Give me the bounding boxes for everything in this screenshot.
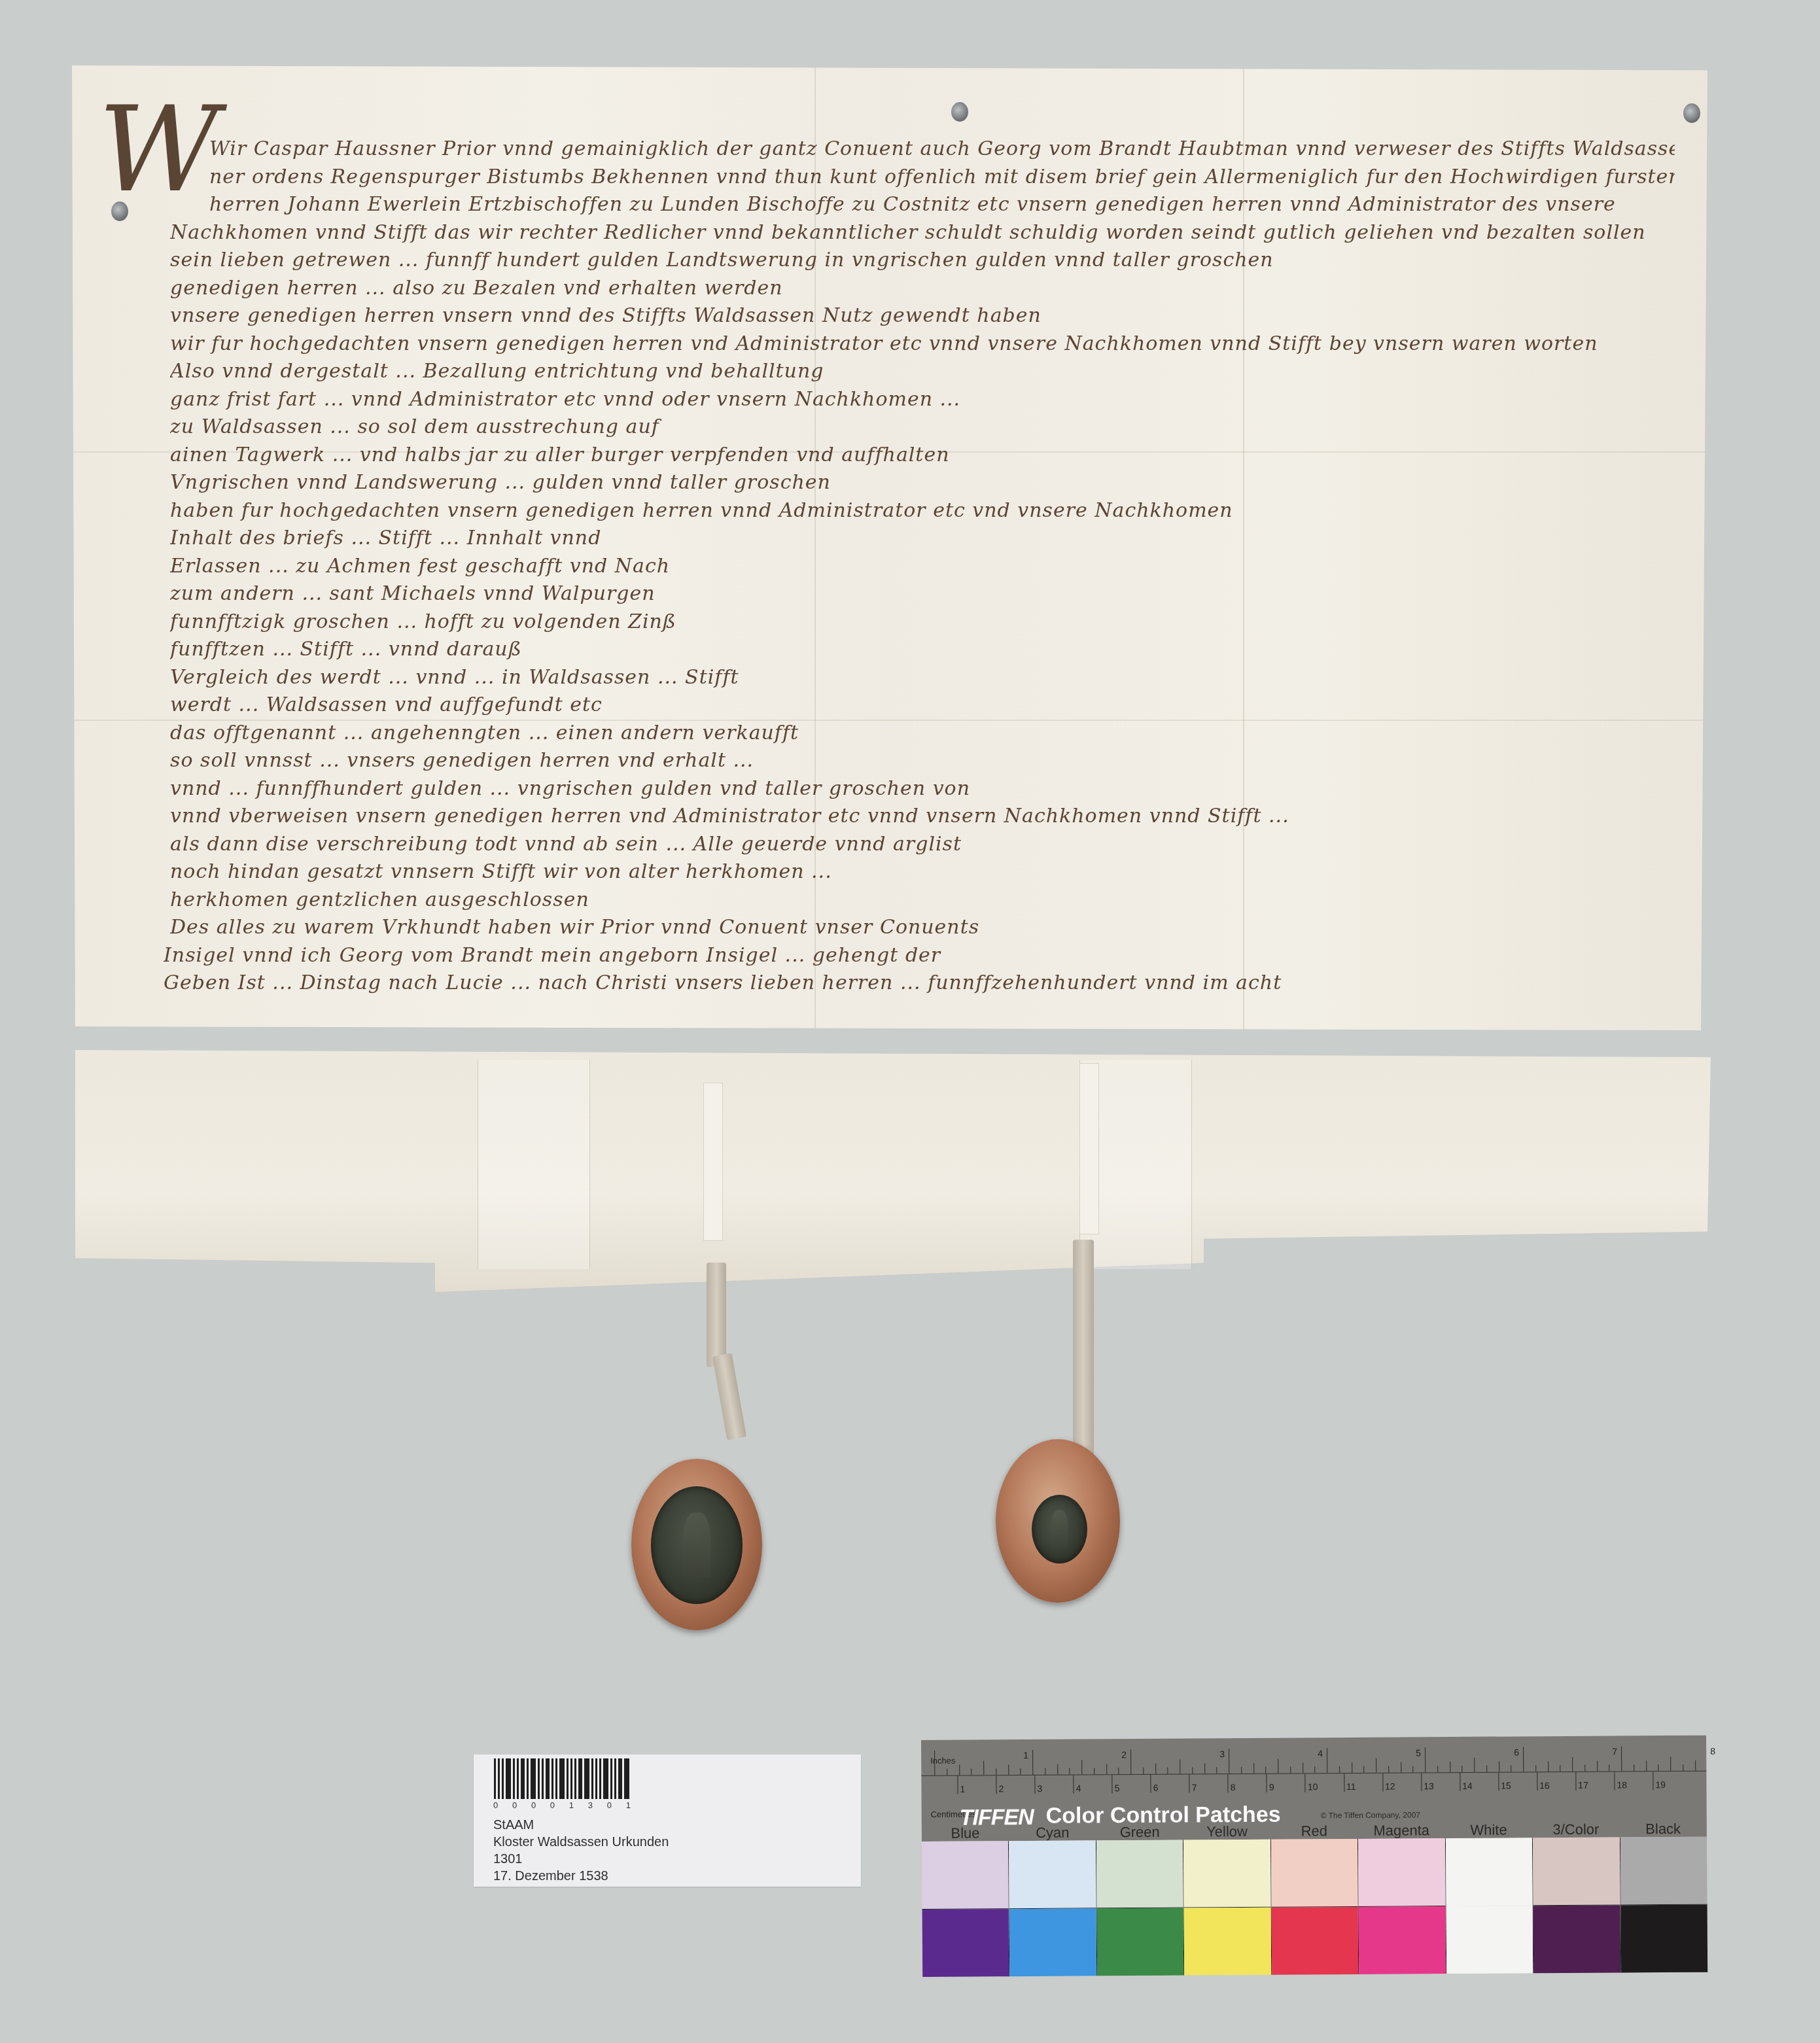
text-line: wir fur hochgedachten vnsern genedigen h… [170, 332, 1675, 360]
text-line: funnfftzigk groschen ... hofft zu volgen… [170, 610, 1675, 638]
ruler-tick [1315, 1766, 1316, 1773]
seal-slot [1079, 1063, 1099, 1234]
punch-hole [951, 102, 968, 122]
ruler-tick [1189, 1774, 1190, 1792]
barcode-digit: 1 [569, 1800, 574, 1810]
ruler-tick [1425, 1747, 1426, 1772]
ruler-tick [1486, 1766, 1487, 1772]
barcode-bar [498, 1758, 500, 1799]
patch-label-white: White [1470, 1822, 1507, 1839]
text-line: funfftzen ... Stifft ... vnnd darauß [170, 638, 1675, 665]
barcode-bar [527, 1758, 529, 1799]
barcode-digit: 0 [550, 1800, 555, 1810]
dark-patch [1271, 1907, 1358, 1975]
text-line: Des alles zu warem Vrkhundt haben wir Pr… [170, 916, 1675, 943]
text-line: zu Waldsassen ... so sol dem ausstrechun… [170, 415, 1675, 443]
patch-column [1533, 1837, 1621, 1973]
archive-name: StAAM [493, 1817, 534, 1833]
ruler-tick [1081, 1760, 1082, 1774]
ruler-tick [1070, 1768, 1070, 1775]
text-line: zum andern ... sant Michaels vnnd Walpur… [170, 582, 1675, 610]
barcode-bar [551, 1758, 553, 1799]
barcode-digit: 1 [626, 1800, 631, 1810]
ruler-tick [1253, 1763, 1254, 1773]
cm-tick-label: 16 [1539, 1780, 1550, 1790]
ruler-tick [1560, 1765, 1561, 1772]
ruler-tick [1008, 1764, 1009, 1775]
ruler-tick [1498, 1773, 1499, 1791]
document-number: 1301 [493, 1851, 523, 1867]
barcode-digit: 3 [588, 1800, 593, 1810]
ruler-tick [1204, 1763, 1205, 1773]
barcode-bar [584, 1758, 589, 1799]
cm-tick-label: 3 [1038, 1783, 1043, 1794]
text-line: so soll vnnsst ... vnsers genedigen herr… [170, 749, 1675, 777]
barcode-digit: 0 [531, 1800, 536, 1810]
cm-tick-label: 9 [1269, 1782, 1274, 1792]
cm-tick-label: 5 [1115, 1783, 1120, 1793]
ruler-tick [1621, 1746, 1622, 1771]
inch-tick-label: 8 [1710, 1746, 1715, 1756]
ruler-tick [1228, 1774, 1229, 1792]
ruler-tick [1352, 1762, 1352, 1773]
ruler-tick [1057, 1764, 1058, 1775]
personal-seal [996, 1439, 1120, 1603]
ruler-tick [1119, 1768, 1119, 1774]
ruler-tick [1575, 1772, 1576, 1790]
patch-column [1620, 1837, 1707, 1973]
seal-strap [712, 1353, 746, 1440]
ruler-tick [947, 1769, 947, 1775]
document-date: 17. Dezember 1538 [493, 1868, 608, 1884]
decorated-initial: W [98, 85, 196, 216]
barcode-bar [502, 1758, 504, 1799]
ruler-tick [1112, 1775, 1113, 1793]
plica-panel [478, 1060, 590, 1269]
barcode-bar [538, 1758, 540, 1799]
seal-strap [707, 1263, 726, 1367]
patch-label-cyan: Cyan [1036, 1825, 1070, 1842]
barcode-bar [610, 1758, 612, 1799]
ruler-tick [1609, 1765, 1609, 1772]
ruler-tick [934, 1751, 935, 1775]
cm-tick-label: 11 [1346, 1781, 1356, 1792]
light-patch [1533, 1837, 1620, 1906]
ruler-tick [1658, 1764, 1658, 1771]
text-line: Insigel vnnd ich Georg vom Brandt mein a… [164, 944, 1675, 971]
ruler-tick [1034, 1775, 1035, 1794]
text-line: ner ordens Regenspurger Bistumbs Bekhenn… [209, 166, 1675, 193]
light-patch [922, 1841, 1009, 1910]
ruler-tick [1670, 1756, 1671, 1771]
ruler-tick [1151, 1775, 1151, 1793]
ruler-tick [983, 1760, 984, 1775]
seal-strap [1073, 1240, 1094, 1456]
barcode-bar [570, 1758, 572, 1799]
inch-tick-label: 6 [1514, 1747, 1519, 1757]
inch-tick-label: 7 [1612, 1747, 1617, 1757]
figure-icon [1051, 1510, 1068, 1548]
ruler-tick [1460, 1773, 1460, 1791]
barcode-bar [521, 1758, 525, 1799]
ruler-tick [1450, 1762, 1450, 1772]
ruler-tick [1572, 1757, 1573, 1772]
text-line: Vergleich des werdt ... vnnd ... in Wald… [170, 666, 1675, 693]
barcode-bar [513, 1758, 515, 1799]
patch-label-3-color: 3/Color [1552, 1821, 1599, 1838]
ruler-tick [1290, 1767, 1291, 1773]
ruler-tick [1537, 1772, 1537, 1790]
cm-tick-label: 6 [1153, 1783, 1159, 1793]
barcode-bar [603, 1758, 608, 1799]
ruler-tick [1143, 1768, 1144, 1774]
text-line: noch hindan gesatzt vnnsern Stifft wir v… [170, 860, 1675, 888]
inch-ruler: Inches 12345678 [921, 1745, 1706, 1776]
ruler-tick [1229, 1749, 1229, 1773]
plica-fold [75, 1050, 1711, 1292]
color-control-chart: Inches 12345678 123456789101112131415161… [921, 1736, 1707, 1977]
inch-tick-label: 5 [1416, 1747, 1421, 1758]
cm-tick-label: 8 [1231, 1782, 1236, 1792]
text-line: das offtgenannt ... angehenngten ... ein… [170, 722, 1675, 749]
archive-label: 00001301 StAAM Kloster Waldsassen Urkund… [474, 1755, 861, 1887]
barcode-bar [517, 1758, 519, 1799]
ruler-tick [1180, 1760, 1180, 1774]
collection-name: Kloster Waldsassen Urkunden [493, 1834, 669, 1850]
patch-label-magenta: Magenta [1373, 1822, 1429, 1840]
cm-tick-label: 18 [1617, 1779, 1627, 1790]
patch-column [1096, 1840, 1185, 1976]
text-line: Geben Ist ... Dinstag nach Lucie ... nac… [164, 971, 1675, 999]
cm-tick-label: 4 [1076, 1783, 1081, 1794]
ruler-tick [1614, 1772, 1615, 1790]
dark-patch [922, 1909, 1009, 1977]
ruler-tick [1364, 1766, 1365, 1773]
ruler-tick [959, 1765, 960, 1775]
ruler-tick [1266, 1767, 1267, 1773]
ruler-tick [1267, 1774, 1267, 1792]
patch-label-green: Green [1120, 1824, 1160, 1841]
barcode-bar [494, 1758, 496, 1799]
ruler-tick [1474, 1758, 1475, 1772]
barcode-number: 00001301 [493, 1800, 631, 1810]
light-patch [1358, 1838, 1445, 1907]
ruler-tick [1073, 1775, 1074, 1794]
barcode-bar [599, 1758, 601, 1799]
text-line: herren Johann Ewerlein Ertzbischoffen zu… [209, 193, 1675, 220]
text-line: werdt ... Waldsassen vnd auffgefundt etc [170, 693, 1675, 721]
cm-tick-label: 10 [1308, 1781, 1318, 1792]
barcode-bar [591, 1758, 593, 1799]
text-line: Nachkhomen vnnd Stifft das wir rechter R… [170, 221, 1675, 249]
dark-patch [1184, 1908, 1271, 1976]
copyright-notice: © The Tiffen Company, 2007 [1321, 1810, 1420, 1820]
text-line: ainen Tagwerk ... vnd halbs jar zu aller… [170, 444, 1675, 471]
patch-column [1446, 1838, 1534, 1974]
ruler-tick [1584, 1765, 1585, 1772]
ruler-tick [1388, 1766, 1389, 1773]
ruler-tick [1241, 1767, 1242, 1773]
ruler-tick [996, 1768, 996, 1775]
text-line: vnsere genedigen herren vnsern vnnd des … [170, 304, 1675, 332]
ruler-tick [1437, 1766, 1438, 1772]
ruler-tick [1401, 1762, 1401, 1773]
punch-hole [1683, 103, 1700, 123]
ruler-tick [1192, 1767, 1193, 1773]
barcode-digit: 0 [607, 1800, 612, 1810]
seal-impression [651, 1486, 743, 1604]
ruler-tick [1303, 1762, 1303, 1773]
barcode-bar [567, 1758, 569, 1799]
barcode-bar [542, 1758, 544, 1799]
barcode-bar [546, 1758, 550, 1799]
barcode-bar [555, 1758, 557, 1799]
barcode-bar [574, 1758, 576, 1799]
enthroned-figure-icon [683, 1512, 710, 1579]
ruler-tick [1382, 1773, 1383, 1792]
ruler-tick [1376, 1758, 1376, 1773]
ruler-tick [996, 1775, 996, 1794]
ruler-tick [1094, 1768, 1094, 1774]
ruler-tick [1217, 1767, 1217, 1773]
inch-tick-label: 4 [1318, 1748, 1323, 1758]
cm-tick-label: 15 [1501, 1780, 1511, 1790]
cm-tick-label: 1 [960, 1784, 965, 1794]
text-line: Inhalt des briefs ... Stifft ... Innhalt… [170, 527, 1675, 554]
light-patch [1271, 1839, 1358, 1908]
patch-column [1358, 1838, 1446, 1974]
ruler-tick [1327, 1748, 1327, 1773]
dark-patch [1359, 1906, 1446, 1974]
text-line: vnnd vberweisen vnsern genedigen herren … [170, 805, 1675, 832]
ruler-tick [1548, 1761, 1549, 1772]
ruler-tick [1634, 1764, 1634, 1771]
ruler-tick [1597, 1761, 1598, 1772]
cm-tick-label: 7 [1192, 1782, 1197, 1792]
ruler-tick [1646, 1760, 1647, 1771]
text-line: ganz frist fart ... vnnd Administrator e… [170, 388, 1675, 415]
ruler-tick [1695, 1760, 1696, 1771]
light-patch [1183, 1840, 1270, 1908]
patch-label-blue: Blue [951, 1825, 979, 1842]
patch-column [1183, 1840, 1272, 1976]
ruler-tick [1421, 1773, 1422, 1791]
barcode-bar [578, 1758, 582, 1799]
text-line: Also vnnd dergestalt ... Bezallung entri… [170, 360, 1675, 387]
patch-column [1009, 1840, 1097, 1976]
text-line: herkhomen gentzlichen ausgeschlossen [170, 888, 1675, 916]
ruler-tick [1653, 1772, 1653, 1790]
ruler-tick [971, 1769, 972, 1775]
barcode-digit: 0 [512, 1800, 517, 1810]
cm-tick-label: 2 [998, 1783, 1004, 1794]
text-line: Vngrischen vnnd Landswerung ... gulden v… [170, 471, 1675, 498]
inch-tick-label: 2 [1121, 1749, 1127, 1760]
light-patch [1620, 1837, 1707, 1906]
patch-label-red: Red [1301, 1823, 1328, 1840]
seal-slot [703, 1083, 723, 1241]
cm-tick-label: 13 [1424, 1781, 1434, 1791]
ruler-tick [1045, 1768, 1045, 1775]
cm-tick-label: 14 [1462, 1781, 1473, 1791]
inch-tick-label: 3 [1219, 1749, 1225, 1759]
cm-tick-label: 12 [1385, 1781, 1395, 1792]
barcode-digit: 0 [493, 1800, 498, 1810]
text-line: vnnd ... funnffhundert gulden ... vngris… [170, 777, 1675, 805]
convent-seal [631, 1459, 762, 1630]
text-line: haben fur hochgedachten vnsern genedigen… [170, 499, 1675, 527]
barcode-bar [559, 1758, 565, 1799]
text-line: als dann dise verschreibung todt vnnd ab… [170, 833, 1675, 860]
ruler-tick [1021, 1768, 1021, 1775]
patch-grid [922, 1837, 1707, 1977]
barcode-bar [618, 1758, 622, 1799]
ruler-tick [1523, 1747, 1524, 1772]
text-line: sein lieben getrewen ... funnff hundert … [170, 249, 1675, 276]
ruler-tick [1344, 1773, 1344, 1792]
text-line: Erlassen ... zu Achmen fest geschafft vn… [170, 555, 1675, 582]
dark-patch [1620, 1905, 1707, 1973]
barcode-bar [624, 1758, 629, 1799]
ruler-tick [1032, 1750, 1033, 1775]
patch-label-black: Black [1645, 1821, 1681, 1838]
barcode-bar [531, 1758, 536, 1799]
dark-patch [1096, 1908, 1183, 1976]
ruler-tick [957, 1776, 958, 1794]
ruler-tick [1278, 1759, 1278, 1773]
ruler-tick [1462, 1766, 1463, 1772]
light-patch [1096, 1840, 1183, 1909]
ruler-tick [1535, 1765, 1536, 1772]
ruler-tick [1305, 1773, 1306, 1792]
centimetre-ruler: 12345678910111213141516171819 [921, 1772, 1706, 1806]
patch-label-yellow: Yellow [1206, 1823, 1248, 1840]
text-line: Wir Caspar Haussner Prior vnnd gemainigk… [209, 137, 1675, 165]
ruler-tick [1499, 1762, 1499, 1772]
ruler-tick [1106, 1764, 1107, 1774]
barcode-bar [595, 1758, 597, 1799]
barcode-bar [614, 1758, 616, 1799]
barcode [494, 1758, 631, 1799]
ruler-tick [1155, 1764, 1156, 1774]
ruler-tick [1683, 1764, 1683, 1771]
ruler-tick [1413, 1766, 1414, 1772]
ruler-tick [1130, 1749, 1131, 1774]
cm-tick-label: 19 [1655, 1779, 1666, 1790]
seal-impression [1032, 1495, 1087, 1563]
inch-tick-label: 1 [1023, 1750, 1028, 1760]
cm-tick-label: 17 [1578, 1780, 1588, 1790]
light-patch [1446, 1838, 1533, 1906]
ruler-tick [1168, 1768, 1168, 1774]
text-line: genedigen herren ... also zu Bezalen vnd… [170, 277, 1675, 304]
barcode-bar [506, 1758, 511, 1799]
ruler-tick [1339, 1766, 1340, 1773]
light-patch [1009, 1840, 1096, 1909]
dark-patch [1009, 1908, 1096, 1976]
dark-patch [1533, 1905, 1620, 1973]
patch-column [1271, 1839, 1359, 1975]
patch-column [922, 1841, 1010, 1977]
dark-patch [1446, 1906, 1533, 1974]
ruler-tick [1511, 1765, 1512, 1772]
